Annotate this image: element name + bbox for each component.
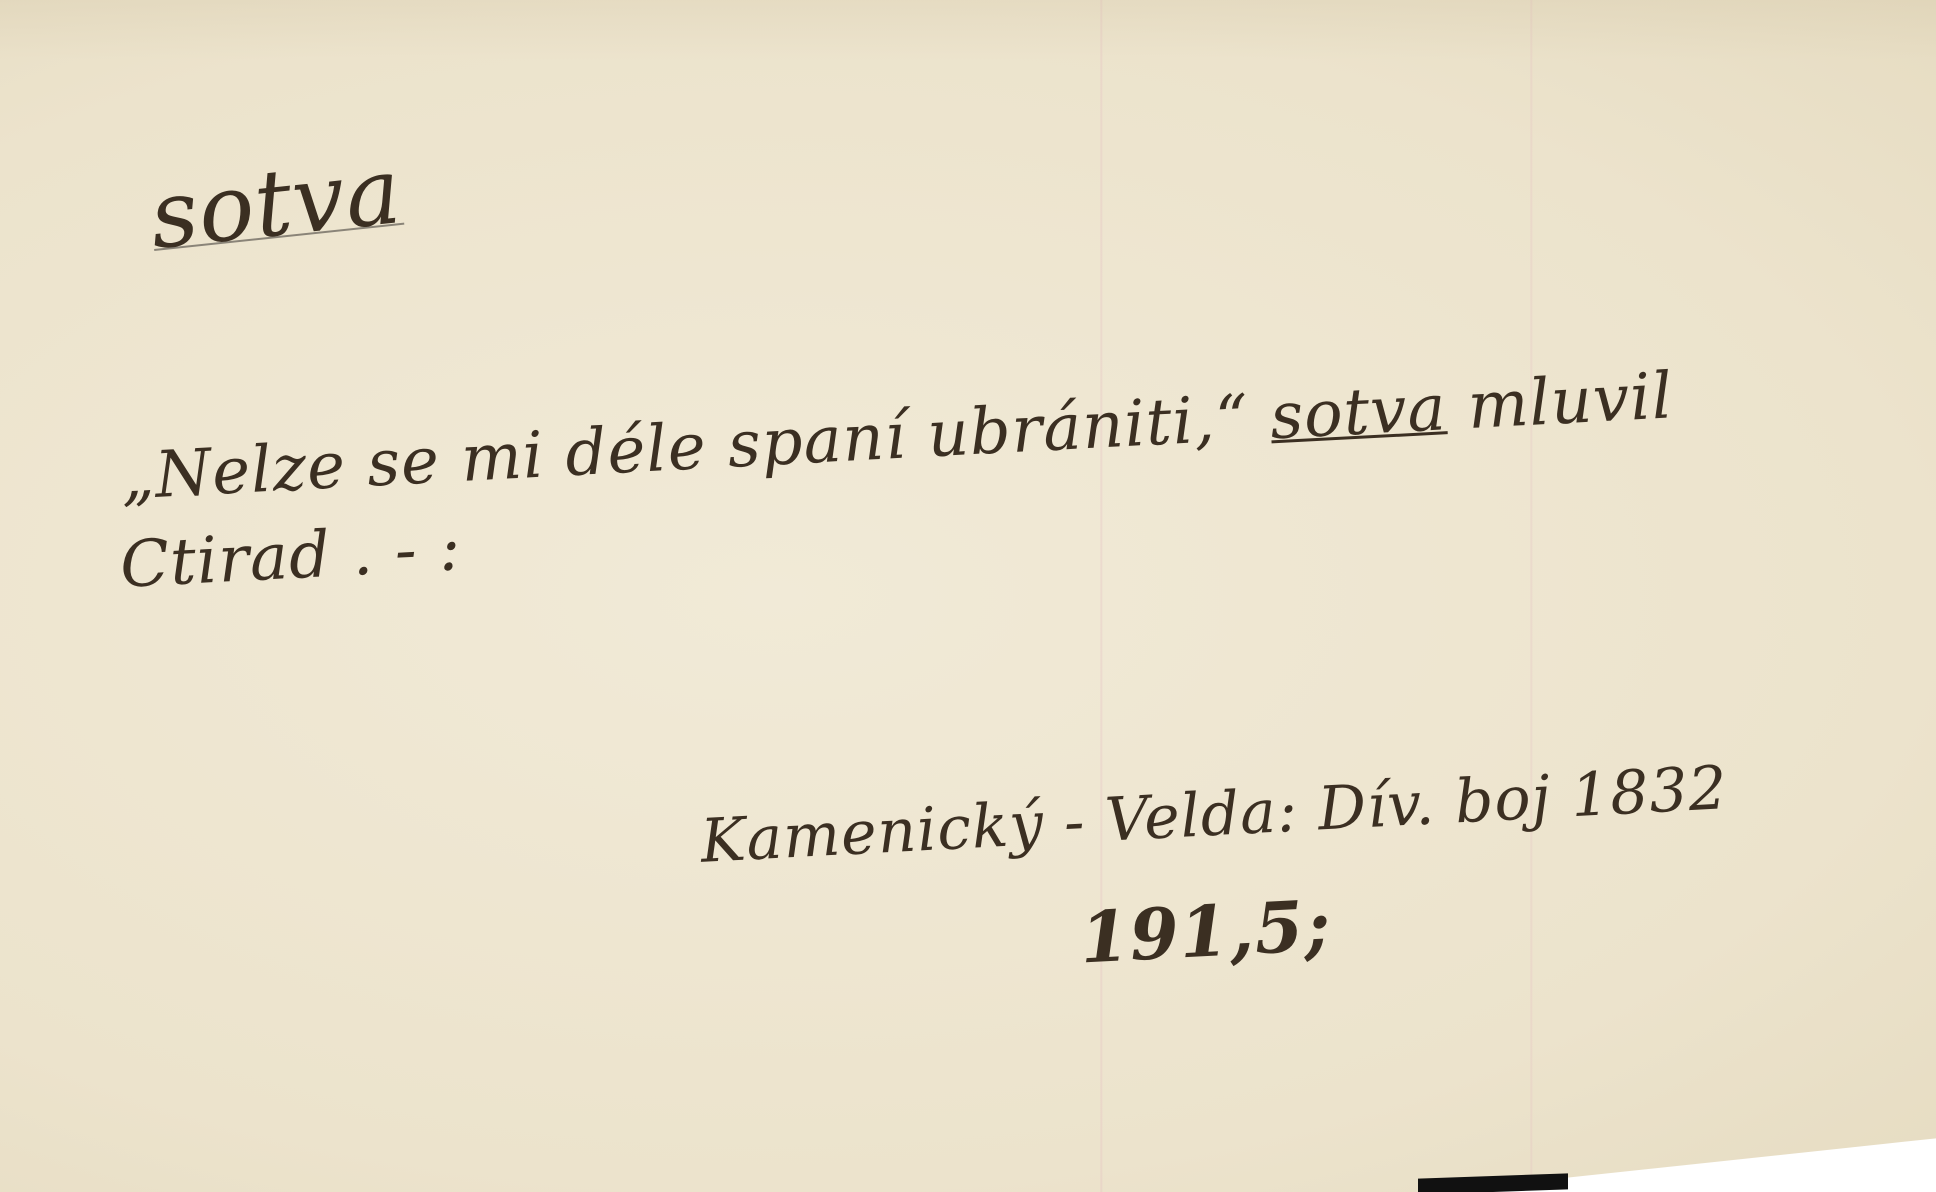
quote-text-end: mluvil	[1466, 359, 1675, 444]
quote-underlined-word: sotva	[1268, 371, 1448, 454]
page-reference: 191,5;	[1078, 883, 1333, 979]
